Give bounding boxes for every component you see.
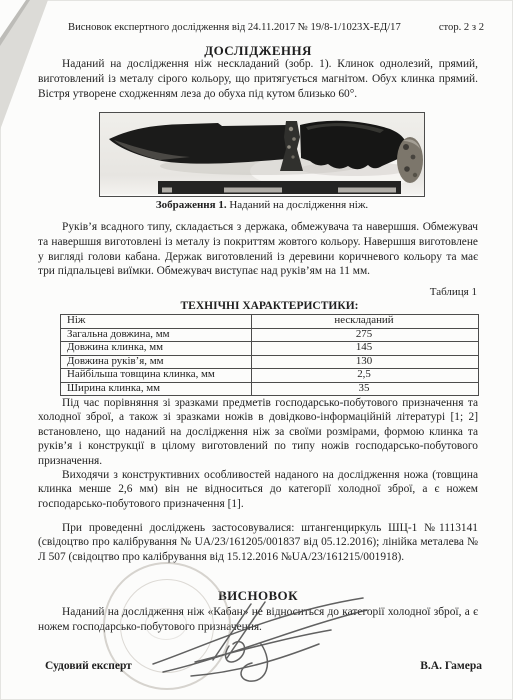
specs-table: Ніж нескладаний Загальна довжина, мм 275… [60, 314, 479, 396]
page-number: стор. 2 з 2 [439, 21, 484, 34]
knife-photo [99, 112, 425, 197]
table-row: Найбільша товщина клинка, мм 2,5 [61, 369, 479, 383]
table-row: Довжина руків’я, мм 130 [61, 355, 479, 369]
figure-knife: Зображення 1. Наданий на дослідження ніж… [99, 112, 425, 212]
expert-role: Судовий експерт [45, 660, 132, 672]
spec-value: нескладаний [252, 315, 479, 329]
pommel-detail [413, 173, 417, 177]
signature-stroke [226, 642, 245, 662]
table-row: Ширина клинка, мм 35 [61, 382, 479, 396]
paragraph-instruments: При проведенні досліджень застосовувалис… [38, 521, 478, 564]
table-reference: Таблиця 1 [430, 286, 477, 298]
spec-value: 2,5 [252, 369, 479, 383]
pommel-detail [411, 155, 416, 160]
figure-caption-label: Зображення 1. [156, 199, 227, 211]
document-page: Висновок експертного дослідження від 24.… [0, 0, 513, 700]
paragraph-comparison: Під час порівняння зі зразками предметів… [38, 396, 478, 468]
spec-value: 145 [252, 342, 479, 356]
ruler-segment [224, 188, 282, 193]
pommel-detail [404, 166, 410, 172]
table-row: Довжина клинка, мм 145 [61, 342, 479, 356]
table-title: ТЕХНІЧНІ ХАРАКТЕРИСТИКИ: [60, 300, 479, 312]
guard-ornament [291, 155, 294, 158]
figure-caption-text: Наданий на дослідження ніж. [227, 199, 369, 211]
guard-ornament [292, 137, 296, 141]
conclusion-heading: ВИСНОВОК [38, 588, 478, 604]
figure-caption: Зображення 1. Наданий на дослідження ніж… [99, 199, 425, 212]
spec-label: Ніж [61, 315, 252, 329]
guard-ornament [287, 145, 291, 149]
spec-label: Загальна довжина, мм [61, 328, 252, 342]
spec-value: 130 [252, 355, 479, 369]
guard-ornament [289, 127, 293, 131]
ruler-baseline [100, 195, 424, 197]
pommel-detail [403, 144, 409, 150]
signature-block: Судовий експерт В.А. Гамера [45, 660, 482, 672]
table-row: Ніж нескладаний [61, 315, 479, 329]
paragraph-handle-description: Руків’я всадного типу, складається з дер… [38, 220, 478, 279]
spec-label: Довжина клинка, мм [61, 342, 252, 356]
knife-pommel-boar-head [397, 137, 423, 183]
header-title: Висновок експертного дослідження від 24.… [68, 21, 401, 34]
spec-value: 35 [252, 382, 479, 396]
spec-label: Довжина руків’я, мм [61, 355, 252, 369]
comparison-paragraphs: Під час порівняння зі зразками предметів… [38, 396, 478, 511]
ruler-segment [338, 188, 396, 193]
signature-stroke [195, 630, 331, 662]
conclusion-text: Наданий на дослідження ніж «Кабан» не ві… [38, 605, 478, 635]
spec-label: Ширина клинка, мм [61, 382, 252, 396]
page-header: Висновок експертного дослідження від 24.… [68, 21, 484, 34]
spec-label: Найбільша товщина клинка, мм [61, 369, 252, 383]
spec-value: 275 [252, 328, 479, 342]
paragraph-knife-description: Наданий на дослідження ніж нескладаний (… [38, 57, 478, 101]
expert-name: В.А. Гамера [420, 660, 482, 672]
ruler-segment [162, 188, 172, 193]
table-row: Загальна довжина, мм 275 [61, 328, 479, 342]
paragraph-classification: Виходячи з конструктивних особливостей н… [38, 468, 478, 511]
